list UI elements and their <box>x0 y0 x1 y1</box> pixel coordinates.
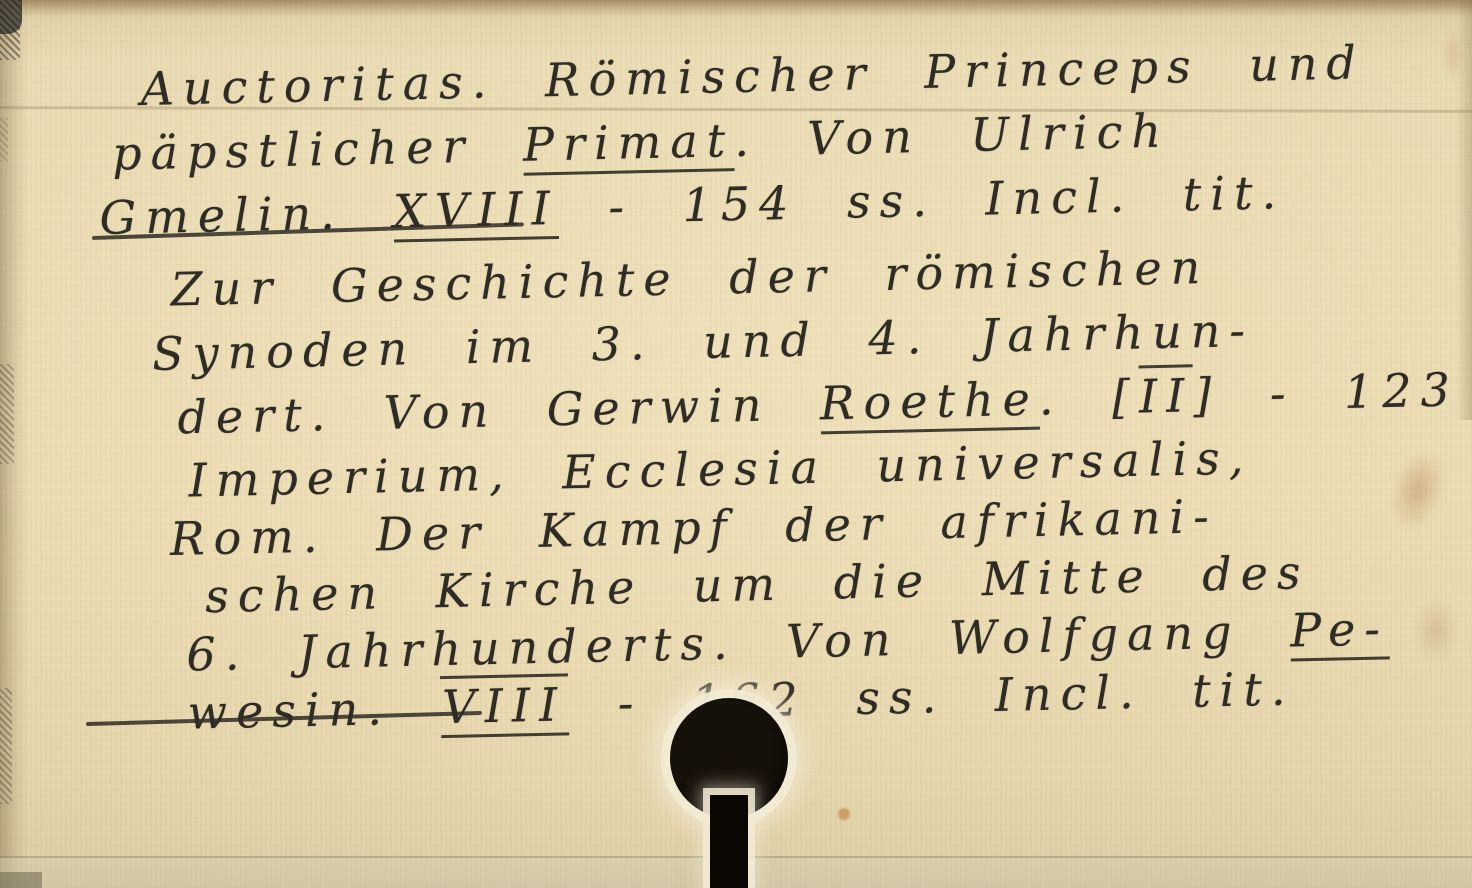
pagination: . [ <box>1038 369 1139 425</box>
title-text: . <box>367 680 441 736</box>
author-name: wesin <box>187 682 368 740</box>
pagination: - 162 ss. Incl. tit. <box>568 661 1296 731</box>
catalog-card: Auctoritas. Römischer Princeps und päpst… <box>0 0 1472 888</box>
catalog-entry-pewesin: Imperium, Ecclesia universalis, Rom. Der… <box>168 425 1391 741</box>
title-text: dert. Von Gerwin <box>177 376 821 444</box>
title-keyword-underlined: Primat <box>522 113 734 176</box>
ink-stain <box>1380 442 1455 538</box>
ink-stain <box>1414 598 1458 662</box>
catalog-entry-gmelin: Auctoritas. Römischer Princeps und päpst… <box>96 30 1368 250</box>
scan-artifact <box>0 872 42 888</box>
title-text: . Von Ulrich <box>734 104 1171 167</box>
scan-artifact <box>0 118 8 162</box>
card-top-edge <box>0 0 1472 18</box>
ink-stain <box>838 808 850 820</box>
volume-numeral: II <box>1138 364 1194 423</box>
title-text: päpstlicher <box>112 118 524 181</box>
scan-artifact <box>0 688 12 804</box>
pagination: ] - 123 ss. <box>1193 359 1472 422</box>
pagination: - 154 ss. Incl. tit. <box>558 165 1286 235</box>
author-name: Pe- <box>1290 601 1390 661</box>
catalog-entry-roethe: Zur Geschichte der römischen Synoden im … <box>150 226 1472 449</box>
scan-artifact <box>0 0 20 60</box>
punch-hole-slot <box>710 795 748 888</box>
author-name: Roethe <box>819 372 1039 435</box>
volume-numeral: VIII <box>440 673 569 738</box>
volume-numeral: XVIII <box>393 181 560 243</box>
scan-artifact <box>0 364 14 464</box>
